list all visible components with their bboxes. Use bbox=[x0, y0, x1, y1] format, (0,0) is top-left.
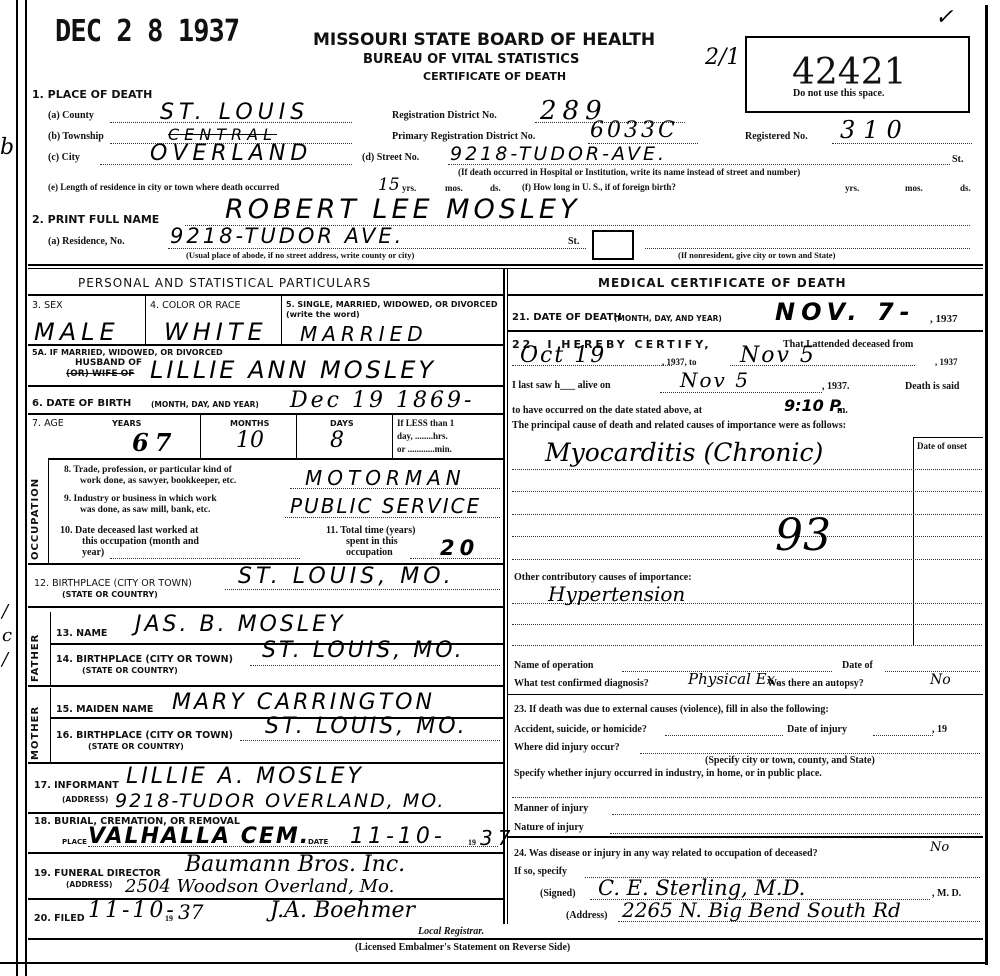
cause-label: The principal cause of death and related… bbox=[512, 420, 846, 431]
page-subtitle: BUREAU OF VITAL STATISTICS bbox=[363, 52, 579, 67]
last-saw-line bbox=[660, 392, 822, 393]
mother-side-rule bbox=[50, 688, 51, 763]
injury-where-note: (Specify city or town, county, and State… bbox=[705, 755, 875, 766]
marital-label: 5. SINGLE, MARRIED, WIDOWED, OR DIVORCED… bbox=[286, 300, 498, 320]
occupation-related-label: 24. Was disease or injury in any way rel… bbox=[514, 848, 818, 859]
time-suffix: m. bbox=[837, 405, 848, 416]
residence-line bbox=[168, 248, 586, 249]
residence-years-field[interactable]: 15 bbox=[378, 175, 400, 195]
left-border-inner bbox=[25, 0, 27, 976]
age-divider-3 bbox=[392, 413, 393, 458]
autopsy-label: Was there an autopsy? bbox=[767, 678, 864, 689]
filed-year-field[interactable]: 37 bbox=[178, 900, 203, 924]
trade-label-2: work done, as sawyer, bookkeeper, etc. bbox=[80, 476, 236, 486]
address-field[interactable]: 2265 N. Big Bend South Rd bbox=[622, 898, 901, 922]
injury-specify-line bbox=[512, 797, 982, 798]
yrs-label: yrs. bbox=[402, 183, 416, 193]
birthplace-field[interactable]: ST. LOUIS, MO. bbox=[238, 564, 455, 589]
cause-line-3 bbox=[512, 514, 982, 515]
row-rule-7 bbox=[28, 685, 503, 687]
sex-divider bbox=[145, 294, 146, 344]
city-label: (c) City bbox=[48, 152, 80, 163]
time-label: to have occurred on the date stated abov… bbox=[512, 405, 702, 416]
less-label-2: day, ........hrs. bbox=[397, 431, 448, 441]
diagnosis-rule bbox=[507, 694, 983, 695]
burial-place-field[interactable]: VALHALLA CEM. bbox=[88, 824, 310, 849]
burial-year-prefix: 19 bbox=[468, 838, 476, 847]
occupation-side-rule bbox=[48, 458, 49, 563]
death-said-label: Death is said bbox=[905, 381, 959, 392]
mother-birthplace-line bbox=[240, 740, 500, 741]
industry-label-2: was done, as saw mill, bank, etc. bbox=[80, 505, 210, 515]
race-label: 4. COLOR OR RACE bbox=[150, 300, 241, 311]
medical-heading-rule bbox=[507, 294, 983, 296]
informant-name-field[interactable]: LILLIE A. MOSLEY bbox=[126, 764, 364, 789]
dob-sublabel: (MONTH, DAY, AND YEAR) bbox=[151, 400, 259, 409]
reg-district-label: Registration District No. bbox=[392, 110, 497, 121]
industry-field[interactable]: PUBLIC SERVICE bbox=[290, 494, 481, 518]
funeral-address-field[interactable]: 2504 Woodson Overland, Mo. bbox=[125, 876, 394, 897]
sex-label: 3. SEX bbox=[32, 300, 63, 311]
footer-note: (Licensed Embalmer's Statement on Revers… bbox=[355, 942, 570, 953]
mos-label: mos. bbox=[445, 183, 463, 193]
cause-line-5 bbox=[512, 559, 982, 560]
registrar-signature: J.A. Boehmer bbox=[270, 898, 415, 923]
township-label: (b) Township bbox=[48, 131, 104, 142]
total-time-label-3: occupation bbox=[346, 547, 393, 558]
last-saw-field[interactable]: Nov 5 bbox=[680, 368, 750, 392]
attended-from-year: , 1937, to bbox=[662, 357, 697, 367]
dob-label: 6. DATE OF BIRTH bbox=[32, 398, 131, 409]
street-field[interactable]: 9218-TUDOR-AVE. bbox=[450, 143, 667, 165]
section-divider-2 bbox=[28, 268, 983, 269]
page-title: MISSOURI STATE BOARD OF HEALTH bbox=[313, 30, 655, 50]
time-field[interactable]: 9:10 P. bbox=[784, 396, 843, 415]
occupation-side-label: OCCUPATION bbox=[30, 478, 41, 560]
less-label-1: If LESS than 1 bbox=[397, 418, 454, 428]
total-time-field[interactable]: 20 bbox=[440, 536, 479, 560]
burial-place-label: PLACE bbox=[62, 838, 87, 846]
injury-where-label: Where did injury occur? bbox=[514, 742, 620, 753]
foreign-ds-label: ds. bbox=[960, 183, 971, 193]
residence-length-label: (e) Length of residence in city or town … bbox=[48, 182, 279, 192]
mother-name-field[interactable]: MARY CARRINGTON bbox=[172, 690, 435, 715]
dod-year-field[interactable]: , 1937 bbox=[930, 313, 958, 325]
last-worked-label-1: 10. Date deceased last worked at bbox=[60, 525, 198, 536]
cause-field[interactable]: Myocarditis (Chronic) bbox=[545, 438, 823, 467]
father-side-rule bbox=[50, 612, 51, 685]
filed-year-prefix: 19 bbox=[165, 914, 173, 923]
street-label: (d) Street No. bbox=[362, 152, 419, 163]
place-of-death-label: 1. PLACE OF DEATH bbox=[32, 88, 152, 101]
md-label: , M. D. bbox=[932, 888, 961, 899]
age-months-field[interactable]: 10 bbox=[236, 428, 264, 453]
trade-label-1: 8. Trade, profession, or particular kind… bbox=[64, 465, 232, 475]
age-years-field[interactable]: 67 bbox=[132, 428, 177, 457]
birthplace-line bbox=[225, 589, 500, 590]
address-label: (Address) bbox=[566, 910, 607, 921]
registered-no-label: Registered No. bbox=[745, 131, 808, 142]
margin-mark: 2/1 bbox=[705, 45, 740, 70]
total-time-label-2: spent in this bbox=[346, 536, 398, 547]
nonresident-note: (If nonresident, give city or town and S… bbox=[678, 250, 835, 260]
onset-label: Date of onset bbox=[917, 441, 967, 451]
trade-field[interactable]: MOTORMAN bbox=[305, 466, 466, 490]
last-saw-label: I last saw h___ alive on bbox=[512, 380, 611, 391]
cause-line-1 bbox=[512, 469, 982, 470]
manner-line bbox=[612, 814, 980, 815]
age-divider-1 bbox=[200, 413, 201, 458]
left-border-outer bbox=[16, 0, 18, 976]
injury-where-line bbox=[640, 753, 980, 754]
cause-line-7 bbox=[512, 624, 982, 625]
marital-field[interactable]: MARRIED bbox=[300, 322, 428, 346]
bottom-rule bbox=[28, 938, 983, 940]
accident-label: Accident, suicide, or homicide? bbox=[514, 724, 647, 735]
margin-mark-b: b bbox=[0, 135, 14, 160]
received-date-stamp: DEC 2 8 1937 bbox=[55, 14, 239, 49]
father-birthplace-sublabel: (STATE OR COUNTRY) bbox=[82, 666, 178, 675]
dod-field[interactable]: NOV. 7- bbox=[775, 298, 916, 326]
margin-mark-checks: /c/ bbox=[2, 600, 12, 672]
injury-year-label: , 19 bbox=[932, 724, 947, 735]
last-worked-line bbox=[110, 558, 300, 559]
spouse-label-2: HUSBAND OF bbox=[75, 358, 142, 368]
signed-label: (Signed) bbox=[540, 888, 576, 899]
mother-birthplace-label: 16. BIRTHPLACE (CITY OR TOWN) bbox=[56, 730, 233, 741]
onset-top-rule bbox=[913, 437, 983, 438]
primary-reg-field[interactable]: 6033C bbox=[590, 118, 678, 143]
filed-label: 20. FILED bbox=[34, 913, 85, 924]
nature-label: Nature of injury bbox=[514, 822, 584, 833]
residence-suffix: St. bbox=[568, 236, 579, 247]
row-rule-6 bbox=[28, 606, 503, 608]
birthplace-sublabel: (STATE OR COUNTRY) bbox=[62, 590, 158, 599]
burial-year-field[interactable]: 37 bbox=[480, 826, 515, 850]
cause-line-4 bbox=[512, 536, 982, 537]
registrar-label: Local Registrar. bbox=[418, 926, 484, 937]
full-name-field[interactable]: ROBERT LEE MOSLEY bbox=[225, 194, 580, 225]
injury-specify-label: Specify whether injury occurred in indus… bbox=[514, 768, 822, 779]
operation-date-label: Date of bbox=[842, 660, 873, 671]
file-box-note: Do not use this space. bbox=[793, 88, 884, 99]
father-side-label: FATHER bbox=[30, 634, 41, 682]
age-label: 7. AGE bbox=[32, 418, 64, 429]
father-birthplace-label: 14. BIRTHPLACE (CITY OR TOWN) bbox=[56, 654, 233, 665]
father-birthplace-line bbox=[250, 665, 500, 666]
form-name: CERTIFICATE OF DEATH bbox=[423, 70, 566, 83]
injury-date-label: Date of injury bbox=[787, 724, 847, 735]
nature-line bbox=[610, 833, 980, 834]
months-label: MONTHS bbox=[230, 419, 269, 428]
mother-birthplace-field[interactable]: ST. LOUIS, MO. bbox=[265, 714, 468, 739]
funeral-director-field[interactable]: Baumann Bros. Inc. bbox=[185, 852, 405, 877]
manner-label: Manner of injury bbox=[514, 803, 588, 814]
dod-label: 21. DATE OF DEATH bbox=[512, 312, 622, 323]
informant-label: 17. INFORMANT bbox=[34, 780, 119, 791]
last-worked-label-2: this occupation (month and bbox=[82, 536, 199, 547]
primary-reg-label: Primary Registration District No. bbox=[392, 131, 535, 142]
margin-code: 93 bbox=[775, 510, 831, 561]
autopsy-field[interactable]: No bbox=[930, 672, 951, 688]
mother-birthplace-sublabel: (STATE OR COUNTRY) bbox=[88, 742, 184, 751]
county-label: (a) County bbox=[48, 110, 94, 121]
street-suffix: St. bbox=[952, 154, 963, 165]
diagnosis-label: What test confirmed diagnosis? bbox=[514, 678, 649, 689]
father-birthplace-field[interactable]: ST. LOUIS, MO. bbox=[262, 638, 465, 663]
right-border bbox=[985, 5, 988, 965]
foreign-yrs-label: yrs. bbox=[845, 183, 859, 193]
foreign-label: (f) How long in U. S., if of foreign bir… bbox=[522, 182, 676, 192]
father-name-label: 13. NAME bbox=[56, 628, 107, 639]
row-rule-2 bbox=[28, 385, 503, 387]
age-days-field[interactable]: 8 bbox=[330, 428, 344, 453]
personal-heading: PERSONAL AND STATISTICAL PARTICULARS bbox=[78, 276, 371, 290]
burial-date-field[interactable]: 11-10- bbox=[350, 824, 446, 849]
accident-line bbox=[665, 735, 783, 736]
filed-date-field[interactable]: 11-10- bbox=[88, 898, 177, 923]
total-time-label-1: 11. Total time (years) bbox=[326, 525, 415, 536]
row-rule-3 bbox=[28, 413, 503, 415]
external-label: 23. If death was due to external causes … bbox=[514, 704, 829, 715]
checkmark-icon: ✓ bbox=[935, 5, 953, 30]
years-label: YEARS bbox=[112, 419, 141, 428]
signed-field[interactable]: C. E. Sterling, M.D. bbox=[598, 876, 805, 900]
foreign-mos-label: mos. bbox=[905, 183, 923, 193]
race-divider bbox=[281, 294, 282, 344]
dod-sublabel: (MONTH, DAY, AND YEAR) bbox=[614, 314, 722, 323]
attended-from-field[interactable]: Oct 19 bbox=[520, 343, 606, 368]
last-worked-label-3: year) bbox=[82, 547, 104, 558]
nonresident-line bbox=[645, 248, 970, 249]
operation-label: Name of operation bbox=[514, 660, 593, 671]
dod-rule bbox=[507, 330, 983, 332]
full-name-label: 2. PRINT FULL NAME bbox=[32, 213, 159, 226]
informant-address-label: (ADDRESS) bbox=[62, 795, 108, 804]
industry-label-1: 9. Industry or business in which work bbox=[64, 494, 217, 504]
informant-address-field[interactable]: 9218-TUDOR OVERLAND, MO. bbox=[115, 790, 445, 812]
residence-field[interactable]: 9218-TUDOR AVE. bbox=[170, 224, 404, 248]
cause-line-8 bbox=[512, 645, 982, 646]
cause-line-2 bbox=[512, 491, 982, 492]
dob-field[interactable]: Dec 19 1869- bbox=[290, 388, 474, 413]
attended-to-year: , 1937 bbox=[935, 357, 958, 367]
days-label: DAYS bbox=[330, 419, 354, 428]
residence-note: (Usual place of abode, if no street addr… bbox=[186, 250, 414, 260]
age-divider-2 bbox=[296, 413, 297, 458]
row-rule-1 bbox=[28, 344, 503, 346]
medical-heading: MEDICAL CERTIFICATE OF DEATH bbox=[598, 276, 847, 290]
row-rule-4 bbox=[48, 458, 503, 460]
ds-label: ds. bbox=[490, 183, 501, 193]
county-field[interactable]: ST. LOUIS bbox=[160, 100, 309, 125]
city-field[interactable]: OVERLAND bbox=[150, 141, 312, 166]
less-label-3: or ............min. bbox=[397, 444, 452, 454]
section-divider bbox=[28, 264, 983, 266]
contrib-field[interactable]: Hypertension bbox=[548, 582, 685, 606]
attended-to-field[interactable]: Nov 5 bbox=[740, 343, 816, 368]
spouse-field[interactable]: LILLIE ANN MOSLEY bbox=[150, 356, 436, 384]
race-field[interactable]: WHITE bbox=[164, 318, 268, 346]
registered-no-field[interactable]: 310 bbox=[840, 116, 910, 144]
nature-rule bbox=[507, 836, 983, 838]
spouse-label-3: (OR) WIFE OF bbox=[66, 369, 134, 379]
file-number: 42421 bbox=[792, 52, 907, 93]
funeral-address-label: (ADDRESS) bbox=[66, 880, 112, 889]
injury-date-line bbox=[873, 735, 933, 736]
personal-heading-rule bbox=[28, 294, 503, 296]
residence-checkbox[interactable] bbox=[592, 230, 634, 260]
last-saw-year: , 1937. bbox=[822, 381, 850, 392]
father-name-field[interactable]: JAS. B. MOSLEY bbox=[135, 612, 345, 637]
mother-name-label: 15. MAIDEN NAME bbox=[56, 704, 153, 715]
row-rule-9 bbox=[28, 812, 503, 814]
birthplace-label: 12. BIRTHPLACE (CITY OR TOWN) bbox=[34, 578, 192, 589]
occupation-related-field[interactable]: No bbox=[930, 840, 949, 855]
bottom-border bbox=[0, 962, 988, 964]
mother-side-label: MOTHER bbox=[30, 706, 41, 760]
residence-label: (a) Residence, No. bbox=[48, 236, 125, 247]
burial-date-label: DATE bbox=[308, 838, 328, 846]
sex-field[interactable]: MALE bbox=[34, 318, 120, 346]
if-so-label: If so, specify bbox=[514, 866, 567, 877]
hospital-note: (If death occurred in Hospital or Instit… bbox=[458, 167, 800, 177]
